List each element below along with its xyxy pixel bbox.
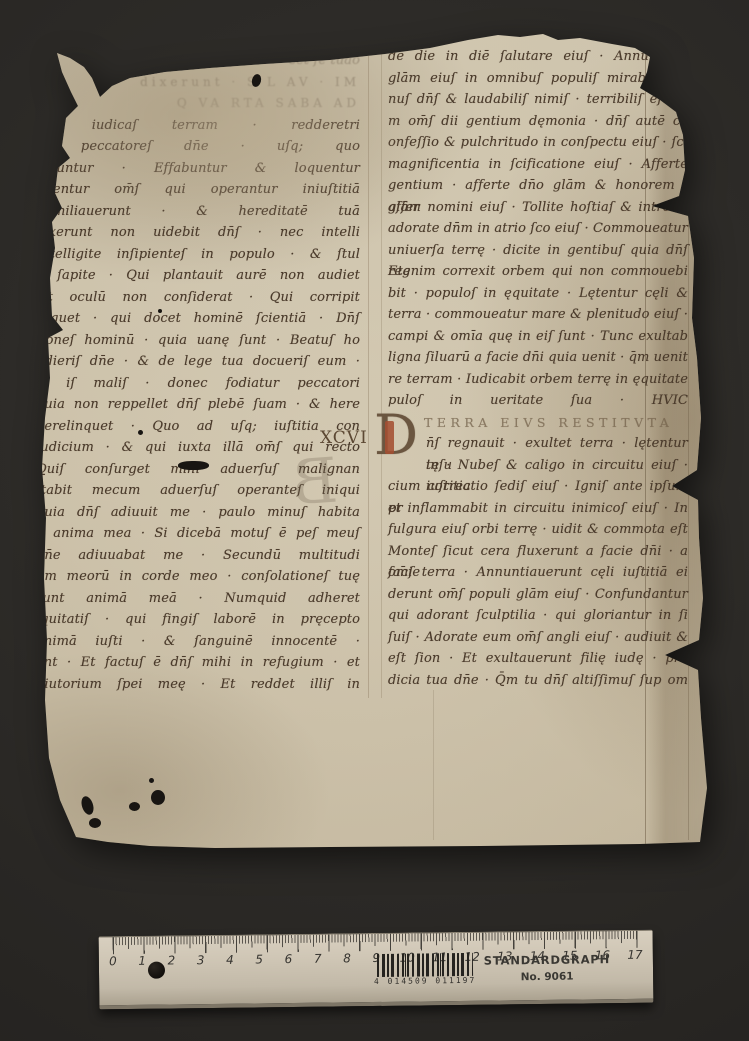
text-line: qui iudicaſ terram · redderetri bbox=[36, 115, 360, 137]
manuscript-right-column: de die in diē ſalutare eiuſ · Annuntiate… bbox=[388, 46, 688, 691]
parchment-hole bbox=[79, 795, 95, 816]
text-line: gentium · afferte dn̄o glām & honorem · … bbox=[388, 175, 688, 197]
text-line: dn̄e adiuuabat me · Secundū multitudi bbox=[36, 545, 360, 567]
parchment-hole bbox=[138, 430, 143, 435]
text-line: magnificentia in ſcificatione eiuſ · Aff… bbox=[388, 154, 688, 176]
ruler-number: 5 bbox=[253, 952, 265, 966]
text-line: derelinquet · Quo ad uſq; iuſtitia con bbox=[36, 416, 360, 438]
text-line: tę · Nubeſ & caligo in circuitu eiuſ · i… bbox=[388, 455, 688, 477]
parchment-hole bbox=[89, 818, 101, 828]
ruler-number: 3 bbox=[195, 953, 207, 967]
text-line: · · cet ſe tuao bbox=[36, 50, 360, 72]
text-line: puloſ in ueritate ſua · HVIC bbox=[388, 390, 688, 412]
text-line: onfeſſio & pulchritudo in conſpectu eiuſ… bbox=[388, 132, 688, 154]
manuscript-left-column: · · cet ſe tuaodixerunt · S L AV · IMQ V… bbox=[36, 50, 360, 695]
text-line: TERRA EIVS RESTITVTA bbox=[388, 412, 688, 434]
ruler-hanging-hole bbox=[148, 962, 165, 979]
text-line: uniuerſa terrę · dicite in gentibuſ quia… bbox=[388, 240, 688, 262]
text-line: dixerunt non uidebit dn̄ſ · nec intelli bbox=[36, 222, 360, 244]
text-line: fulgura eiuſ orbi terrę · uidit & commot… bbox=[388, 519, 688, 541]
text-line: om̄ſ terra · Annuntiauerunt cęli iuſtiti… bbox=[388, 562, 688, 584]
parchment-hole bbox=[178, 461, 209, 470]
text-line: um meorū in corde meo · conſolationeſ tu… bbox=[36, 566, 360, 588]
text-line: el iſ maliſ · donec fodiatur peccatori bbox=[36, 373, 360, 395]
ruler-model-label: No. 9061 bbox=[479, 970, 615, 984]
text-line: diutorium ſpei meę · Et reddet illiſ in bbox=[36, 674, 360, 696]
text-line: re terram · Iudicabit orbem terrę in ęqu… bbox=[388, 369, 688, 391]
text-line: tioneſ hominū · quia uanę ſunt · Beatuſ … bbox=[36, 330, 360, 352]
text-line: m om̄ſ dii gentium dęmonia · dn̄ſ autē c… bbox=[388, 111, 688, 133]
text-line: dixerunt · S L AV · IM bbox=[36, 72, 360, 94]
text-line: qui adorant ſculptilia · qui gloriantur … bbox=[388, 605, 688, 627]
text-line: nuſ dn̄ſ & laudabiliſ nimiſ · terribiliſ… bbox=[388, 89, 688, 111]
ruler-number: 4 bbox=[224, 953, 236, 967]
parchment-leaf: · · cet ſe tuaodixerunt · S L AV · IMQ V… bbox=[0, 0, 749, 1041]
text-line: runt animā meā · Numquid adheret bbox=[36, 588, 360, 610]
manuscript-photo: · · cet ſe tuaodixerunt · S L AV · IMQ V… bbox=[0, 0, 749, 1041]
ruler-number: 8 bbox=[341, 951, 353, 965]
parchment-crease bbox=[688, 60, 689, 840]
barcode-digits: 4 014509 011197 bbox=[369, 976, 481, 986]
text-line: adorate dn̄m in atrio ſco eiuſ · Commoue… bbox=[388, 218, 688, 240]
showthrough-initial-b: B bbox=[290, 450, 340, 513]
text-line: o ſapite · Qui plantauit aurē non audiet bbox=[36, 265, 360, 287]
ruler-number: 0 bbox=[107, 954, 119, 968]
parchment-hole bbox=[129, 802, 140, 811]
text-line: Etenim correxit orbem qui non commouebi bbox=[388, 261, 688, 283]
text-line: cium correctio ſediſ eiuſ · Igniſ ante i… bbox=[388, 476, 688, 498]
text-line: Intelligite inſipienteſ in populo · & ſt… bbox=[36, 244, 360, 266]
initial-letter: D bbox=[374, 403, 418, 467]
text-line: arguet · qui docet hominē ſcientiā · Dn̄… bbox=[36, 308, 360, 330]
text-line: campi & omīa quę in eiſ ſunt · Tunc exul… bbox=[388, 326, 688, 348]
parchment-hole bbox=[151, 790, 165, 805]
ruler-number: 17 bbox=[627, 948, 642, 962]
text-line: iquitatiſ · qui fingiſ laborē in pręcept… bbox=[36, 609, 360, 631]
text-line: bit · populoſ in ęquitate · Lętentur cęl… bbox=[388, 283, 688, 305]
text-line: q; peccatoreſ dn̄e · uſq; quo bbox=[36, 136, 360, 158]
text-line: quentur om̄ſ qui operantur iniuſtitiā bbox=[36, 179, 360, 201]
text-line: Monteſ ſicut cera fluxerunt a facie dn̄i… bbox=[388, 541, 688, 563]
ruler-number: 7 bbox=[312, 952, 324, 966]
text-line: n̄ſ regnauit · exultet terra · lętentur … bbox=[388, 433, 688, 455]
text-line: eſt ſion · Et exultauerunt filię iudę · … bbox=[388, 648, 688, 670]
text-line: glām nomini eiuſ · Tollite hoſtiaſ & int… bbox=[388, 197, 688, 219]
text-line: ligna ſiluarū a facie dn̄i quia uenit · … bbox=[388, 347, 688, 369]
ruler-brand-label: STANDARDGRAPH bbox=[479, 952, 615, 968]
text-line: cit oculū non conſiderat · Qui corripit bbox=[36, 287, 360, 309]
text-line: derunt om̄ſ populi glām eiuſ · Confundan… bbox=[388, 584, 688, 606]
text-line: glām eiuſ in omnibuſ populiſ mirabilia e… bbox=[388, 68, 688, 90]
barcode bbox=[377, 953, 473, 977]
initial-red-infill bbox=[385, 421, 394, 454]
text-line: humiliauerunt · & hereditatē tuā bbox=[36, 201, 360, 223]
text-line: iabuntur · Effabuntur & loquentur bbox=[36, 158, 360, 180]
text-line: dicia tua dn̄e · Q̄m tu dn̄ſ altiſſimuſ … bbox=[388, 670, 688, 692]
decorated-initial-d: D bbox=[374, 408, 416, 464]
text-line: et inflammabit in circuitu inimicoſ eiuſ… bbox=[388, 498, 688, 520]
text-line: ſuiſ · Adorate eum om̄ſ angli eiuſ · aud… bbox=[388, 627, 688, 649]
ruler-number: 6 bbox=[282, 952, 294, 966]
column-ruling-line bbox=[381, 46, 382, 698]
text-line: ent · Et factuſ ē dn̄ſ mihi in refugium … bbox=[36, 652, 360, 674]
text-line: quia non reppellet dn̄ſ plebē ſuam · & h… bbox=[36, 394, 360, 416]
text-line: Q VA RTA SABA AD bbox=[36, 93, 360, 115]
ruler-number: 2 bbox=[165, 953, 177, 967]
text-line: udieriſ dn̄e · & de lege tua docueriſ eu… bbox=[36, 351, 360, 373]
text-line: o anima mea · Si dicebā motuſ ē peſ meuſ bbox=[36, 523, 360, 545]
text-line: de die in diē ſalutare eiuſ · Annuntiate bbox=[388, 46, 688, 68]
column-ruling-line bbox=[368, 46, 369, 698]
parchment-wrap: · · cet ſe tuaodixerunt · S L AV · IMQ V… bbox=[0, 0, 749, 1041]
ruler: 01234567891011121314151617 4 014509 0111… bbox=[99, 930, 654, 1010]
ruler-number: 1 bbox=[136, 954, 148, 968]
parchment-hole bbox=[158, 309, 162, 313]
parchment-hole bbox=[149, 778, 154, 783]
text-line: animā iuſti · & ſanguinē innocentē · bbox=[36, 631, 360, 653]
text-line: terra · commoueatur mare & plenitudo eiu… bbox=[388, 304, 688, 326]
parchment-crease bbox=[433, 690, 434, 840]
